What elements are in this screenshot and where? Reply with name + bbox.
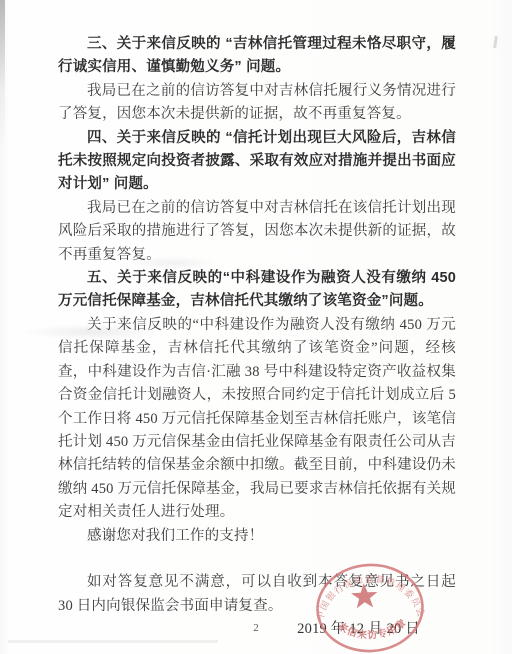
review-rights-paragraph: 如对答复意见不满意，可以自收到本答复意见书之日起 30 日内向银保监会书面申请复… xyxy=(58,571,456,618)
letter-body: 三、关于来信反映的 “吉林信托管理过程未恪尽职守，履行诚实信用、谨慎勤勉义务” … xyxy=(58,33,456,642)
section-heading-4: 四、关于来信反映的 “信托计划出现巨大风险后，吉林信托未按照规定向投资者披露、采… xyxy=(58,127,456,197)
closing-thanks: 感谢您对我们工作的支持！ xyxy=(58,525,456,548)
section-heading-3: 三、关于来信反映的 “吉林信托管理过程未恪尽职守，履行诚实信用、谨慎勤勉义务” … xyxy=(58,33,456,80)
paragraph: 我局已在之前的信访答复中对吉林信托在该信托计划出现风险后采取的措施进行了答复，因… xyxy=(58,197,456,267)
page-number: 2 xyxy=(0,622,512,634)
paragraph: 关于来信反映的“中科建设作为融资人没有缴纳 450 万元信托保障基金，吉林信托代… xyxy=(58,314,456,525)
scan-edge-artifact xyxy=(0,0,5,150)
document-page: 三、关于来信反映的 “吉林信托管理过程未恪尽职守，履行诚实信用、谨慎勤勉义务” … xyxy=(0,0,512,654)
scan-mark-artifact xyxy=(493,36,498,48)
section-heading-5: 五、关于来信反映的“中科建设作为融资人没有缴纳 450 万元信托保障基金，吉林信… xyxy=(58,267,456,314)
paragraph: 我局已在之前的信访答复中对吉林信托履行义务情况进行了答复，因您本次未提供新的证据… xyxy=(58,80,456,127)
